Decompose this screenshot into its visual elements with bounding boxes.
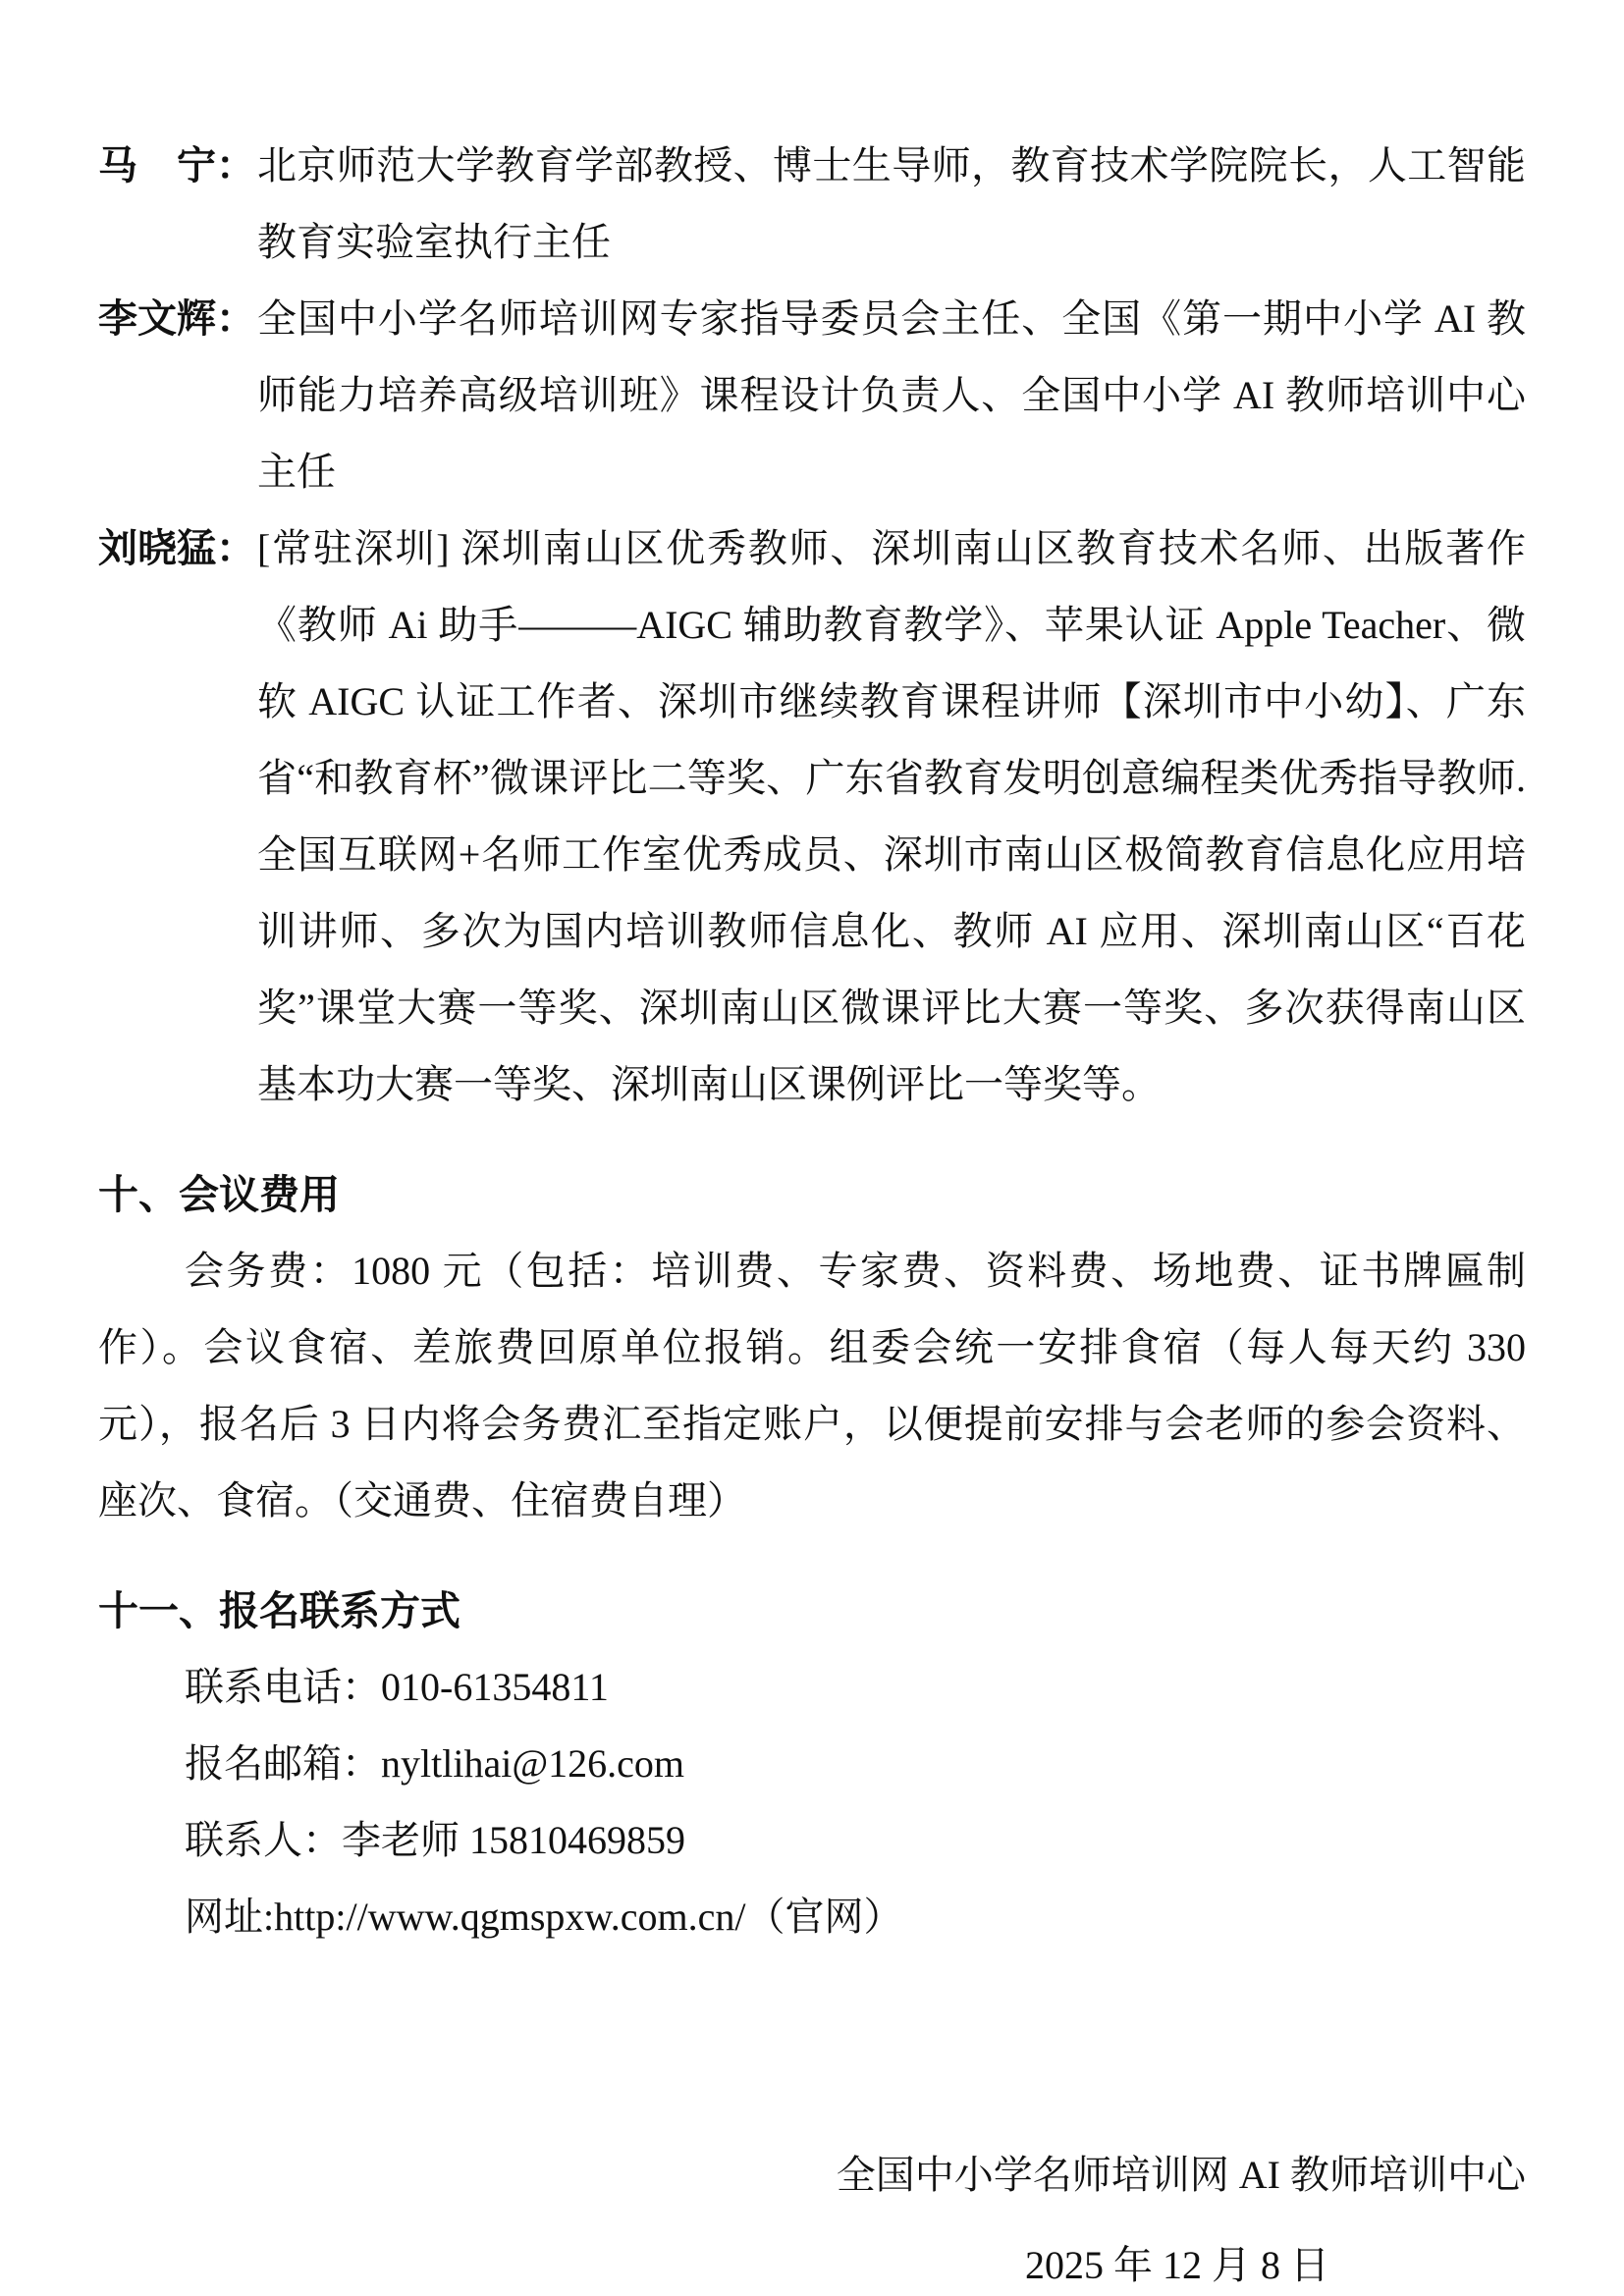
speaker-entry-li-wenhui: 李文辉： 全国中小学名师培训网专家指导委员会主任、全国《第一期中小学 AI 教师… xyxy=(98,281,1526,510)
speaker-entry-ma-ning: 马 宁： 北京师范大学教育学部教授、博士生导师，教育技术学院院长，人工智能教育实… xyxy=(98,128,1526,281)
speaker-bio: 北京师范大学教育学部教授、博士生导师，教育技术学院院长，人工智能教育实验室执行主… xyxy=(257,128,1526,281)
speaker-bio: [常驻深圳] 深圳南山区优秀教师、深圳南山区教育技术名师、出版著作《教师 Ai … xyxy=(257,510,1526,1123)
document-page: 马 宁： 北京师范大学教育学部教授、博士生导师，教育技术学院院长，人工智能教育实… xyxy=(0,0,1624,2296)
speaker-list: 马 宁： 北京师范大学教育学部教授、博士生导师，教育技术学院院长，人工智能教育实… xyxy=(98,128,1526,1123)
speaker-name: 马 宁： xyxy=(98,128,257,204)
speaker-name: 李文辉： xyxy=(98,281,257,357)
section-heading-contact: 十一、报名联系方式 xyxy=(98,1573,1526,1649)
speaker-entry-liu-xiaomeng: 刘晓猛： [常驻深圳] 深圳南山区优秀教师、深圳南山区教育技术名师、出版著作《教… xyxy=(98,510,1526,1123)
closing-block: 全国中小学名师培训网 AI 教师培训中心 2025 年 12 月 8 日 xyxy=(98,2137,1526,2296)
contact-person: 联系人：李老师 15810469859 xyxy=(98,1802,1526,1879)
section-heading-fees: 十、会议费用 xyxy=(98,1156,1526,1233)
closing-organization: 全国中小学名师培训网 AI 教师培训中心 xyxy=(98,2137,1526,2214)
closing-date: 2025 年 12 月 8 日 xyxy=(98,2227,1526,2296)
contact-email: 报名邮箱：nyltlihai@126.com xyxy=(98,1726,1526,1802)
speaker-name: 刘晓猛： xyxy=(98,510,257,587)
contact-website: 网址:http://www.qgmspxw.com.cn/（官网） xyxy=(98,1879,1526,1955)
speaker-bio: 全国中小学名师培训网专家指导委员会主任、全国《第一期中小学 AI 教师能力培养高… xyxy=(257,281,1526,510)
fee-paragraph: 会务费：1080 元（包括：培训费、专家费、资料费、场地费、证书牌匾制作）。会议… xyxy=(98,1233,1526,1539)
contact-phone: 联系电话：010-61354811 xyxy=(98,1649,1526,1726)
